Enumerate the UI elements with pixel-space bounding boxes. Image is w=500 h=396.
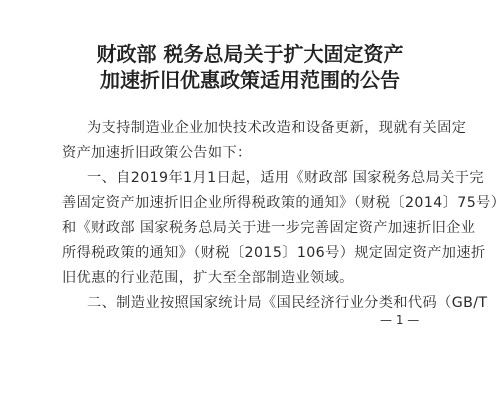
document-title-line-2: 加速折旧优惠政策适用范围的公告 [0,64,500,93]
document-title-line-1: 财政部 税务总局关于扩大固定资产 [0,38,500,67]
body-line: 善固定资产加速折旧企业所得税政策的通知》（财税〔2014〕75号） [62,192,500,212]
body-line: 资产加速折旧政策公告如下： [62,142,252,162]
body-line: 和《财政部 国家税务总局关于进一步完善固定资产加速折旧企业 [62,217,475,237]
body-line: 所得税政策的通知》（财税〔2015〕106号）规定固定资产加速折 [62,242,486,262]
body-line: 一、自2019年1月1日起，适用《财政部 国家税务总局关于完 [87,167,484,187]
body-line: 旧优惠的行业范围，扩大至全部制造业领域。 [62,267,354,287]
page-number: — 1 — [380,313,419,327]
body-line: 二、制造业按照国家统计局《国民经济行业分类和代码（GB/T [87,292,487,312]
body-line: 为支持制造业企业加快技术改造和设备更新，现就有关固定 [87,117,466,137]
